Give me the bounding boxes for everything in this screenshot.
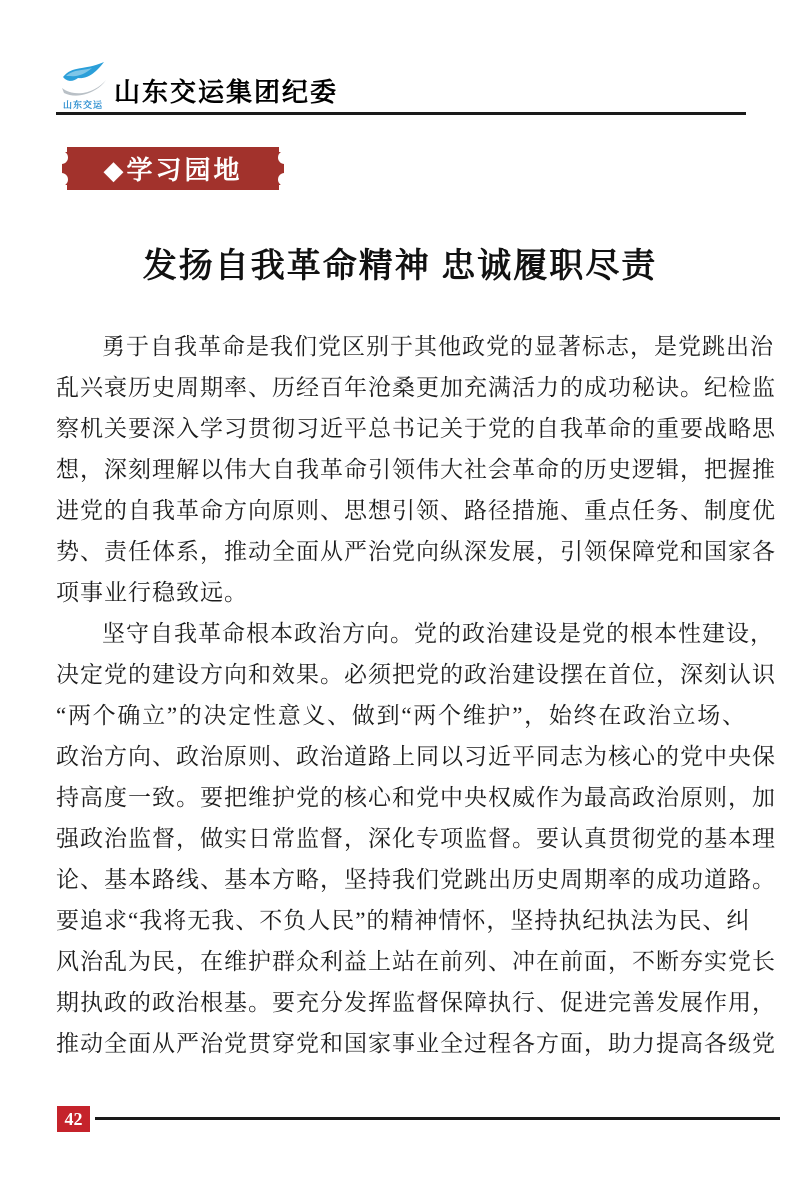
article-body: 勇于自我革命是我们党区别于其他政党的显著标志，是党跳出治 乱兴衰历史周期率、历经… (56, 326, 746, 1066)
article-title: 发扬自我革命精神 忠诚履职尽责 (0, 238, 800, 287)
body-line: 势、责任体系，推动全面从严治党向纵深发展，引领保障党和国家各 (56, 531, 746, 572)
body-line: 风治乱为民，在维护群众利益上站在前列、冲在前面，不断夯实党长 (56, 941, 746, 982)
company-logo: 山东交运 (56, 58, 110, 110)
body-line: 论、基本路线、基本方略，坚持我们党跳出历史周期率的成功道路。 (56, 859, 746, 900)
page-header: 山东交运 山东交运集团纪委 (56, 58, 746, 112)
body-line: 推动全面从严治党贯穿党和国家事业全过程各方面，助力提高各级党 (56, 1023, 746, 1064)
body-line: 坚守自我革命根本政治方向。党的政治建设是党的根本性建设， (56, 613, 746, 654)
org-title: 山东交运集团纪委 (114, 72, 338, 109)
page-footer: 42 (0, 1106, 800, 1136)
body-line: 勇于自我革命是我们党区别于其他政党的显著标志，是党跳出治 (56, 326, 746, 367)
badge-notch (55, 151, 68, 164)
body-line: 想，深刻理解以伟大自我革命引领伟大社会革命的历史逻辑，把握推 (56, 449, 746, 490)
badge-corner (279, 147, 284, 152)
body-line: 进党的自我革命方向原则、思想引领、路径措施、重点任务、制度优 (56, 490, 746, 531)
bird-swoosh-icon (56, 58, 110, 100)
page-number-badge: 42 (57, 1106, 90, 1132)
gray-swoosh-shape (62, 80, 106, 96)
body-line: 察机关要深入学习贯彻习近平总书记关于党的自我革命的重要战略思 (56, 408, 746, 449)
body-line: 期执政的政治根基。要充分发挥监督保障执行、促进完善发展作用， (56, 982, 746, 1023)
document-page: 山东交运 山东交运集团纪委 ◆学习园地 发扬自我革命精神 忠诚履职尽责 勇于自我… (0, 0, 800, 1204)
badge-notch (278, 151, 291, 164)
body-line: 政治方向、政治原则、政治道路上同以习近平同志为核心的党中央保 (56, 736, 746, 777)
badge-corner (62, 147, 67, 152)
body-line: 决定党的建设方向和效果。必须把党的政治建设摆在首位，深刻认识 (56, 654, 746, 695)
body-line: 乱兴衰历史周期率、历经百年沧桑更加充满活力的成功秘诀。纪检监 (56, 367, 746, 408)
body-line: 强政治监督，做实日常监督，深化专项监督。要认真贯彻党的基本理 (56, 818, 746, 859)
body-line: 项事业行稳致远。 (56, 572, 746, 613)
section-badge: ◆学习园地 (62, 147, 284, 190)
body-line: 持高度一致。要把维护党的核心和党中央权威作为最高政治原则，加 (56, 777, 746, 818)
badge-corner (279, 185, 284, 190)
header-divider (56, 112, 746, 115)
section-badge-label: ◆学习园地 (104, 150, 243, 187)
body-line: “两个确立”的决定性意义、做到“两个维护”，始终在政治立场、 (56, 695, 746, 736)
footer-divider (95, 1117, 780, 1120)
body-line: 要追求“我将无我、不负人民”的精神情怀，坚持执纪执法为民、纠 (56, 900, 746, 941)
badge-corner (62, 185, 67, 190)
logo-caption: 山东交运 (57, 98, 109, 111)
